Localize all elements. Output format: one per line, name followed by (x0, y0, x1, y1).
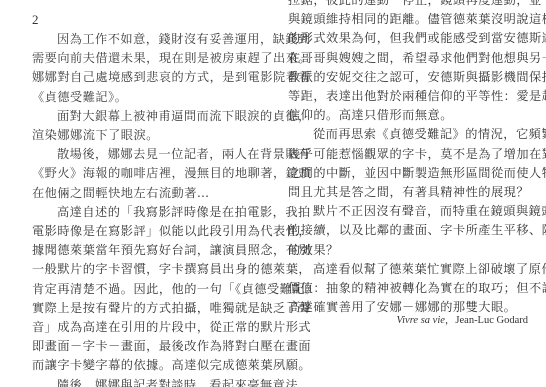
text-line: 《野火》海報的咖啡店裡，漫無目的地聊著，鏡頭 (32, 164, 268, 183)
left-text-column: 因為工作不如意，錢財沒有妥善運用，缺錢到需要向前夫借還未果，現在則是被房東趕了出… (32, 30, 268, 387)
text-line: 需要向前夫借還未果，現在則是被房東趕了出來。 (32, 49, 268, 68)
text-line: 即畫面－字卡－畫面，最後改作為將對白壓在畫面 (32, 337, 268, 356)
text-line: 散場後，娜娜去見一位記者，兩人在背景貼有 (32, 145, 268, 164)
text-line: 高達看似幫了德萊葉忙實際上卻破壞了原作的 (288, 260, 528, 279)
text-line: 在他倆之間輕快地左右流動著… (32, 184, 268, 203)
text-line: 實際上是按有聲片的方式拍攝，唯獨就是缺乏了聲 (32, 299, 268, 318)
text-line: 而讓字卡變字幕的依據。高達似完成德萊葉夙願。 (32, 356, 268, 375)
text-line: 高達自述的「我寫影評時像是在拍電影，我拍 (32, 203, 268, 222)
text-line: 之間的中斷，並因中斷製造無形區間從而使人物在 (288, 164, 528, 183)
right-text-column: 拉鋸，彼此的運動一停止，鏡頭再度運動，並與鏡頭維持相同的距離。儘管德萊葉沒明說這… (288, 0, 528, 317)
text-line: 教派的安妮交往之認可，安德斯與攝影機間保持的 (288, 68, 528, 87)
text-line: 據聞德萊葉當年預先寫好台詞，讓演員照念，有別 (32, 241, 268, 260)
text-line: 音」成為高達在引用的片段中，從正常的默片形式 (32, 318, 268, 337)
text-line: 的接續，以及比鄰的畫面、字卡所產生平移、隱喻 (288, 221, 528, 240)
text-line: 電影時像是在寫影評」似能以此段引用為代表性， (32, 222, 268, 241)
text-line: 的效果？ (288, 241, 528, 260)
film-director: Jean-Luc Godard (455, 315, 528, 326)
text-line: 娜娜對自己處境感到悲哀的方式，是到電影院看看 (32, 68, 268, 87)
text-line: 一般默片的字卡習慣，字卡撰寫員出身的德萊葉， (32, 260, 268, 279)
text-line: 等距，表達出他對於兩種信仰的平等性：愛是超越 (288, 87, 528, 106)
text-line: 問且尤其是答之間，有著具精神性的展現？ (288, 183, 528, 202)
text-line: 《貞德受難記》。 (32, 88, 268, 107)
film-title: Vivre sa vie (397, 315, 445, 326)
page-number: 2 (32, 12, 39, 28)
text-line: 價值：抽象的精神被轉化為實在的取巧；但不諱言 (288, 279, 528, 298)
film-caption: Vivre sa vie，Jean-Luc Godard (397, 312, 529, 327)
text-line: 渲染娜娜流下了眼淚。 (32, 126, 268, 145)
text-line: 面對大銀幕上被神甫逼問而流下眼淚的貞德， (32, 107, 268, 126)
text-line: 拉鋸，彼此的運動一停止，鏡頭再度運動，並 (288, 0, 528, 10)
text-line: 肯定再清楚不過。因此，他的一句「《貞德受難記》 (32, 280, 268, 299)
text-line: 從而再思索《貞德受難記》的情況，它頻繁到 (288, 125, 528, 144)
text-line: 因為工作不如意，錢財沒有妥善運用，缺錢到 (32, 30, 268, 49)
text-line: 默片不正因沒有聲音，而特重在鏡頭與鏡頭間 (288, 202, 528, 221)
caption-separator: ， (445, 315, 456, 326)
text-line: 幾乎可能惹惱觀眾的字卡，莫不是為了增加在對話 (288, 145, 528, 164)
text-line: 隨後，娜娜與記者對談時，看起來毫無章法、 (32, 376, 268, 387)
text-line: 信仰的。高達只借形而無意。 (288, 106, 528, 125)
text-line: 與鏡頭維持相同的距離。儘管德萊葉沒明說這樣拍 (288, 10, 528, 29)
text-line: 的形式效果為何，但我們或能感受到當安德斯遊走 (288, 29, 528, 48)
text-line: 在哥哥與嫂嫂之間，希望尋求他們對他想與另一個 (288, 49, 528, 68)
